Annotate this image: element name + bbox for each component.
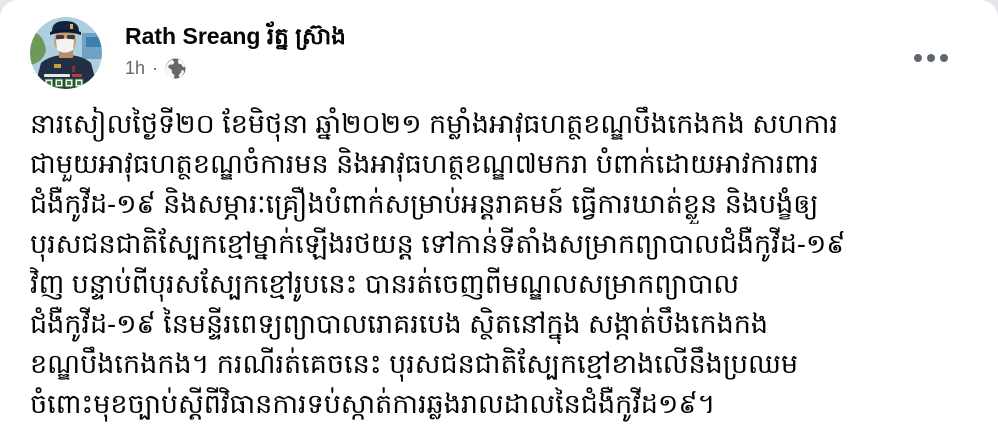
text-line: ជំងឺកូវីដ-១៩ និងសម្ភារៈគ្រឿងបំពាក់សម្រាប… — [30, 184, 970, 224]
post-meta: 1h · — [125, 58, 346, 79]
text-line: បុរសជនជាតិស្បែកខ្មៅម្នាក់ឡើងរថយន្ត ទៅកាន… — [30, 224, 970, 264]
ellipsis-dot-icon — [927, 54, 935, 62]
avatar-image — [30, 17, 102, 89]
post-text: នារសៀលថ្ងៃទី២០ ខែមិថុនា ឆ្នាំ២០២១ កម្លាំ… — [0, 104, 998, 424]
globe-icon — [165, 58, 186, 79]
ellipsis-dot-icon — [940, 54, 948, 62]
text-line: ចំពោះមុខច្បាប់ស្ដីពីវិធានការទប់ស្កាត់ការ… — [30, 384, 970, 424]
ellipsis-dot-icon — [914, 54, 922, 62]
text-line: នារសៀលថ្ងៃទី២០ ខែមិថុនា ឆ្នាំ២០២១ កម្លាំ… — [30, 104, 970, 144]
text-line: ខណ្ឌបឹងកេងកង។ ករណីរត់គេចនេះ បុរសជនជាតិស្… — [30, 344, 970, 384]
avatar[interactable] — [30, 17, 102, 89]
text-line: ជាមួយអាវុធហត្ថខណ្ឌចំការមន និងអាវុធហត្ថខណ… — [30, 144, 970, 184]
meta-separator: · — [152, 58, 158, 79]
facebook-post-card: Rath Sreang រ័ត្ន ស្រ៊ាង 1h · — [0, 0, 998, 448]
text-line: វិញ បន្ទាប់ពីបុរសស្បែកខ្មៅរូបនេះ បានរត់ច… — [30, 264, 970, 304]
author-name[interactable]: Rath Sreang រ័ត្ន ស្រ៊ាង — [125, 23, 346, 51]
header-text: Rath Sreang រ័ត្ន ស្រ៊ាង 1h · — [125, 17, 346, 79]
timestamp[interactable]: 1h — [125, 58, 145, 79]
post-header: Rath Sreang រ័ត្ន ស្រ៊ាង 1h · — [0, 0, 998, 89]
more-options-button[interactable] — [908, 44, 954, 72]
text-line: ជំងឺកូវីដ-១៩ នៃមន្ទីរពេទ្យព្យាបាលរោគរបេង… — [30, 304, 970, 344]
